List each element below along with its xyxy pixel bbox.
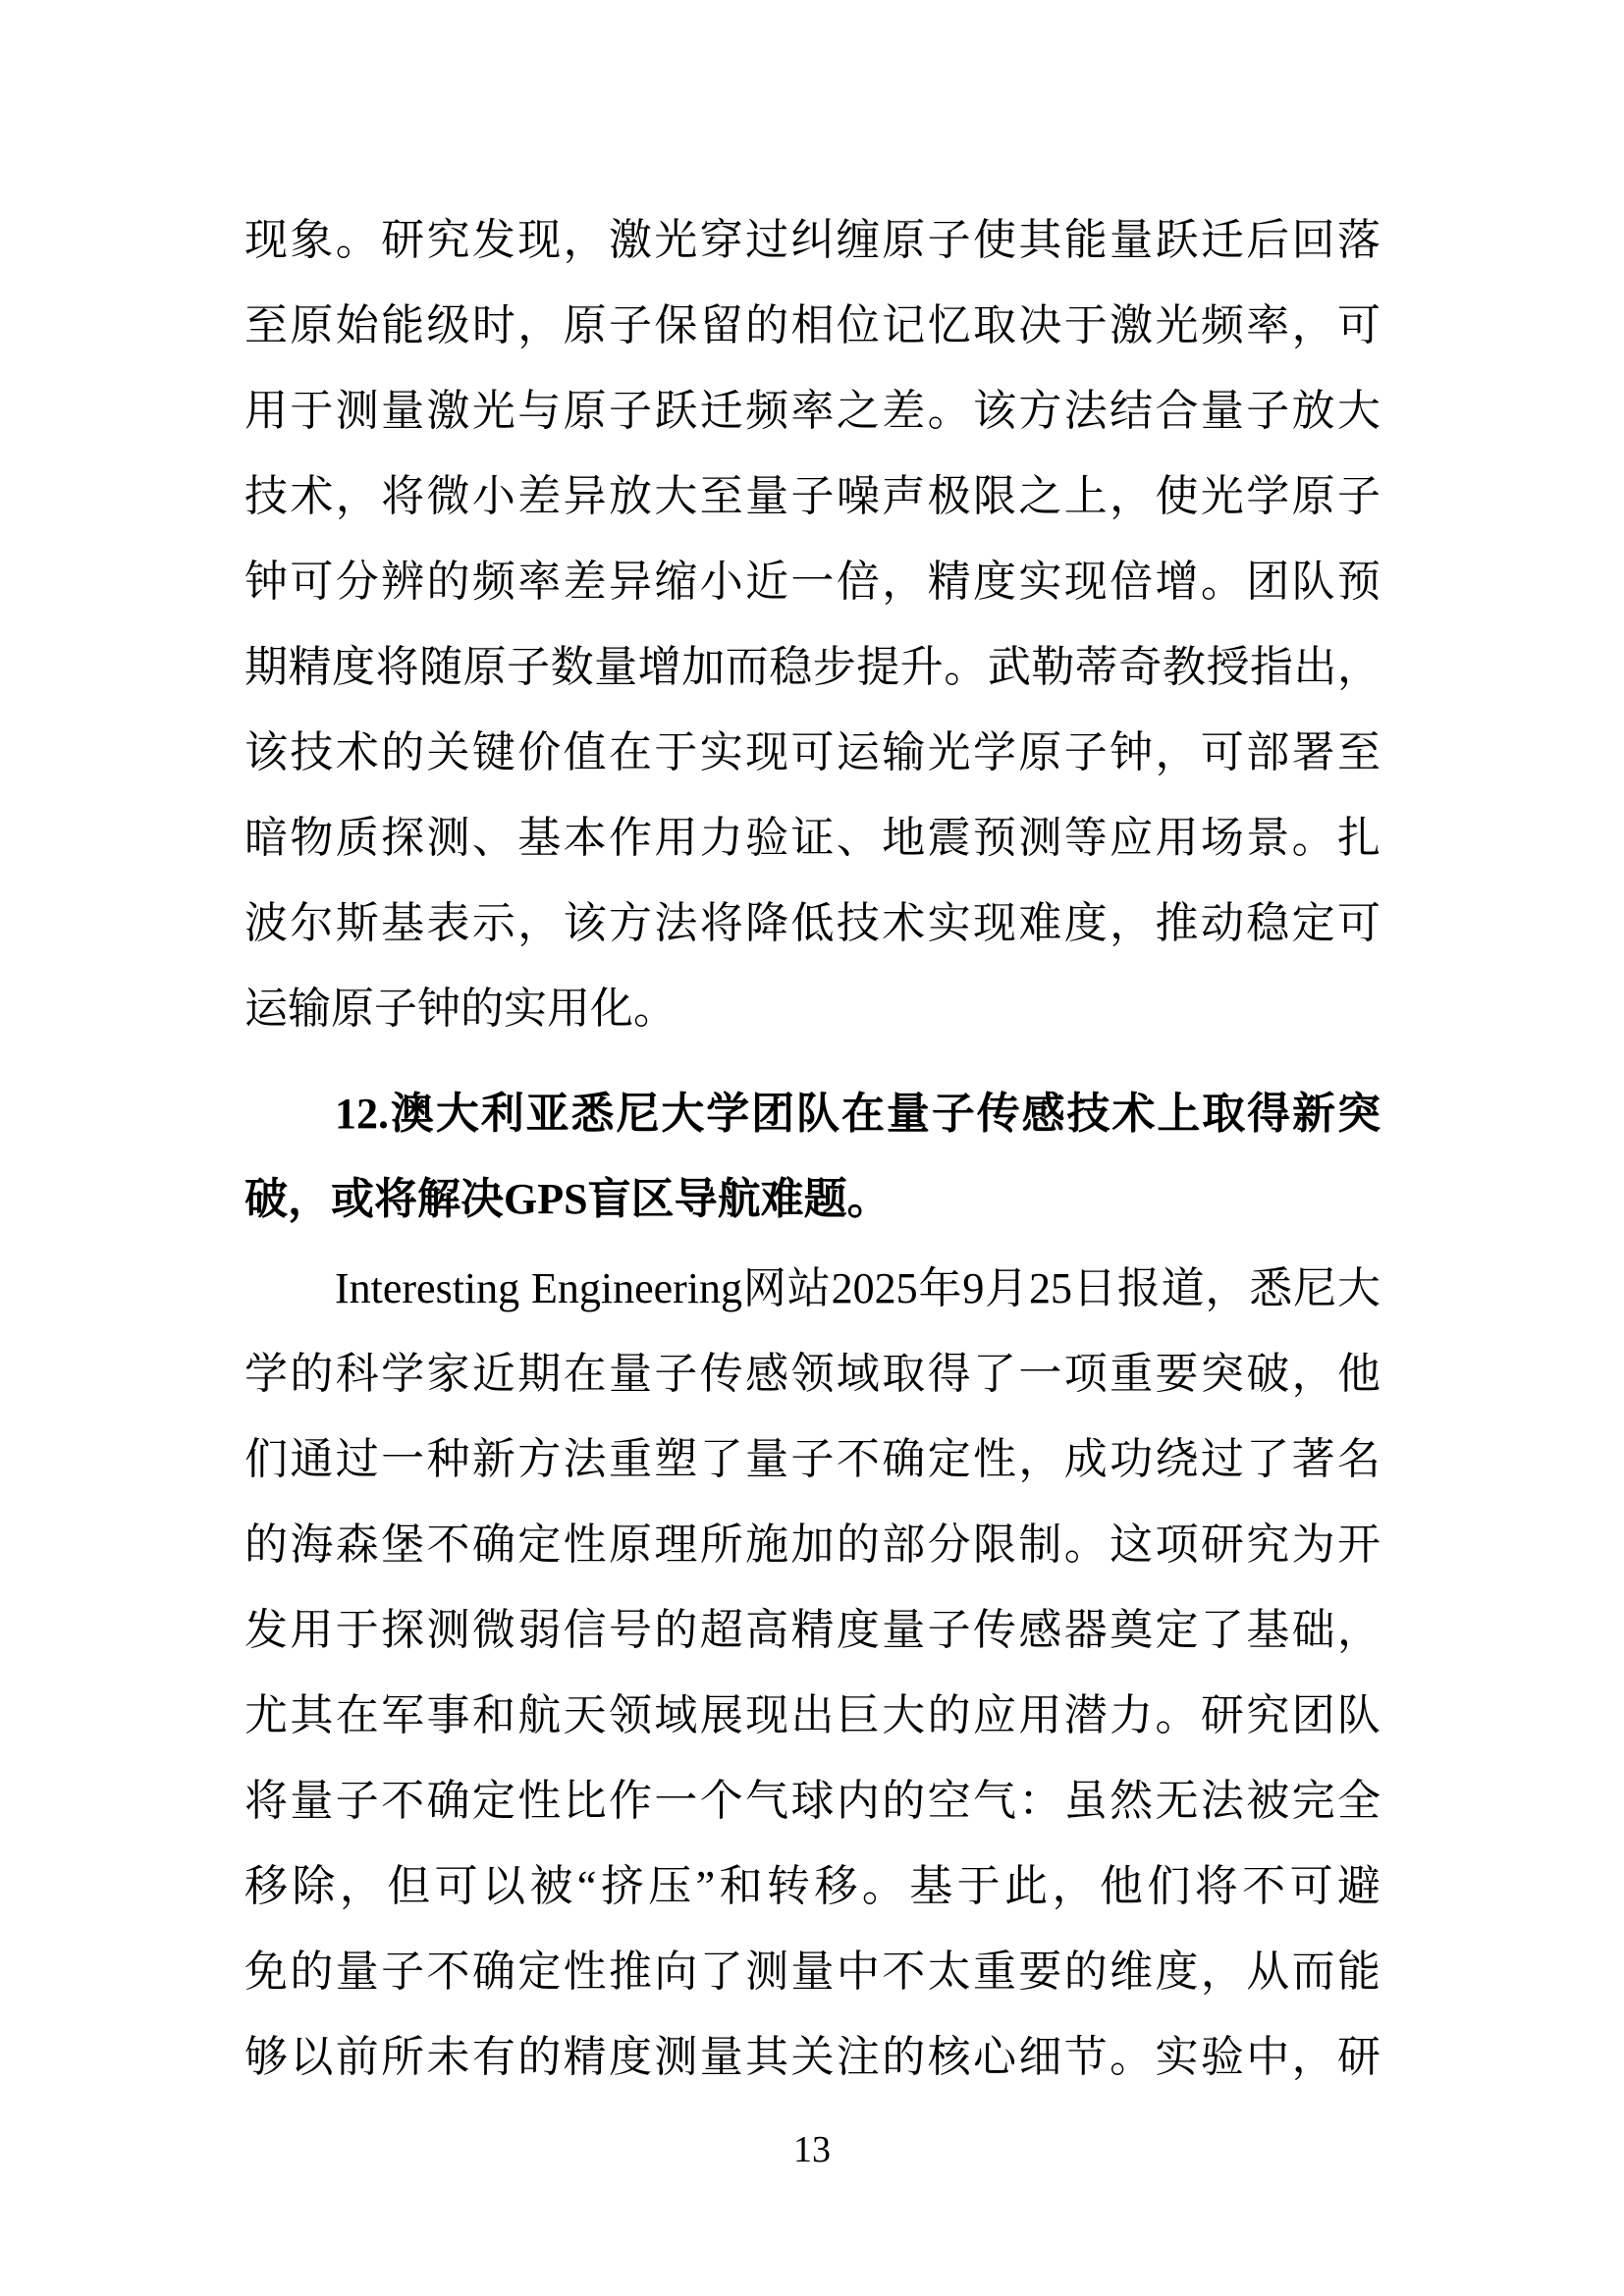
text-line: 发用于探测微弱信号的超高精度量子传感器奠定了基础，: [244, 1587, 1380, 1673]
text-line: 尤其在军事和航天领域展现出巨大的应用潜力。研究团队: [244, 1673, 1380, 1758]
text-block: 现象。研究发现，激光穿过纠缠原子使其能量跃迁后回落 至原始能级时，原子保留的相位…: [244, 197, 1380, 2100]
text-line: 运输原子钟的实用化。: [244, 966, 1380, 1051]
page-number: 13: [0, 2128, 1624, 2171]
text-line: Interesting Engineering网站2025年9月25日报道，悉尼…: [244, 1246, 1380, 1331]
text-line: 期精度将随原子数量增加而稳步提升。武勒蒂奇教授指出，: [244, 624, 1380, 710]
text-line: 至原始能级时，原子保留的相位记忆取决于激光频率，可: [244, 283, 1380, 368]
text-line: 们通过一种新方法重塑了量子不确定性，成功绕过了著名: [244, 1416, 1380, 1502]
paragraph-quantum-sensing: Interesting Engineering网站2025年9月25日报道，悉尼…: [244, 1246, 1380, 2100]
paragraph-atomic-clock: 现象。研究发现，激光穿过纠缠原子使其能量跃迁后回落 至原始能级时，原子保留的相位…: [244, 197, 1380, 1051]
text-line: 够以前所未有的精度测量其关注的核心细节。实验中，研: [244, 2014, 1380, 2100]
heading-line: 破，或将解决GPS盲区导航难题。: [244, 1156, 1380, 1242]
text-line: 技术，将微小差异放大至量子噪声极限之上，使光学原子: [244, 454, 1380, 539]
text-line: 用于测量激光与原子跃迁频率之差。该方法结合量子放大: [244, 368, 1380, 454]
heading-line: 12.澳大利亚悉尼大学团队在量子传感技术上取得新突: [244, 1071, 1380, 1156]
text-line: 将量子不确定性比作一个气球内的空气：虽然无法被完全: [244, 1758, 1380, 1843]
text-line: 波尔斯基表示，该方法将降低技术实现难度，推动稳定可: [244, 881, 1380, 966]
text-line: 该技术的关键价值在于实现可运输光学原子钟，可部署至: [244, 710, 1380, 795]
text-line: 现象。研究发现，激光穿过纠缠原子使其能量跃迁后回落: [244, 197, 1380, 283]
document-page: 现象。研究发现，激光穿过纠缠原子使其能量跃迁后回落 至原始能级时，原子保留的相位…: [0, 0, 1624, 2296]
text-line: 移除，但可以被“挤压”和转移。基于此，他们将不可避: [244, 1843, 1380, 1929]
text-line: 学的科学家近期在量子传感领域取得了一项重要突破，他: [244, 1331, 1380, 1416]
text-line: 钟可分辨的频率差异缩小近一倍，精度实现倍增。团队预: [244, 539, 1380, 624]
text-line: 免的量子不确定性推向了测量中不太重要的维度，从而能: [244, 1929, 1380, 2014]
text-line: 暗物质探测、基本作用力验证、地震预测等应用场景。扎: [244, 795, 1380, 881]
text-line: 的海森堡不确定性原理所施加的部分限制。这项研究为开: [244, 1502, 1380, 1587]
section-heading-12: 12.澳大利亚悉尼大学团队在量子传感技术上取得新突 破，或将解决GPS盲区导航难…: [244, 1071, 1380, 1242]
